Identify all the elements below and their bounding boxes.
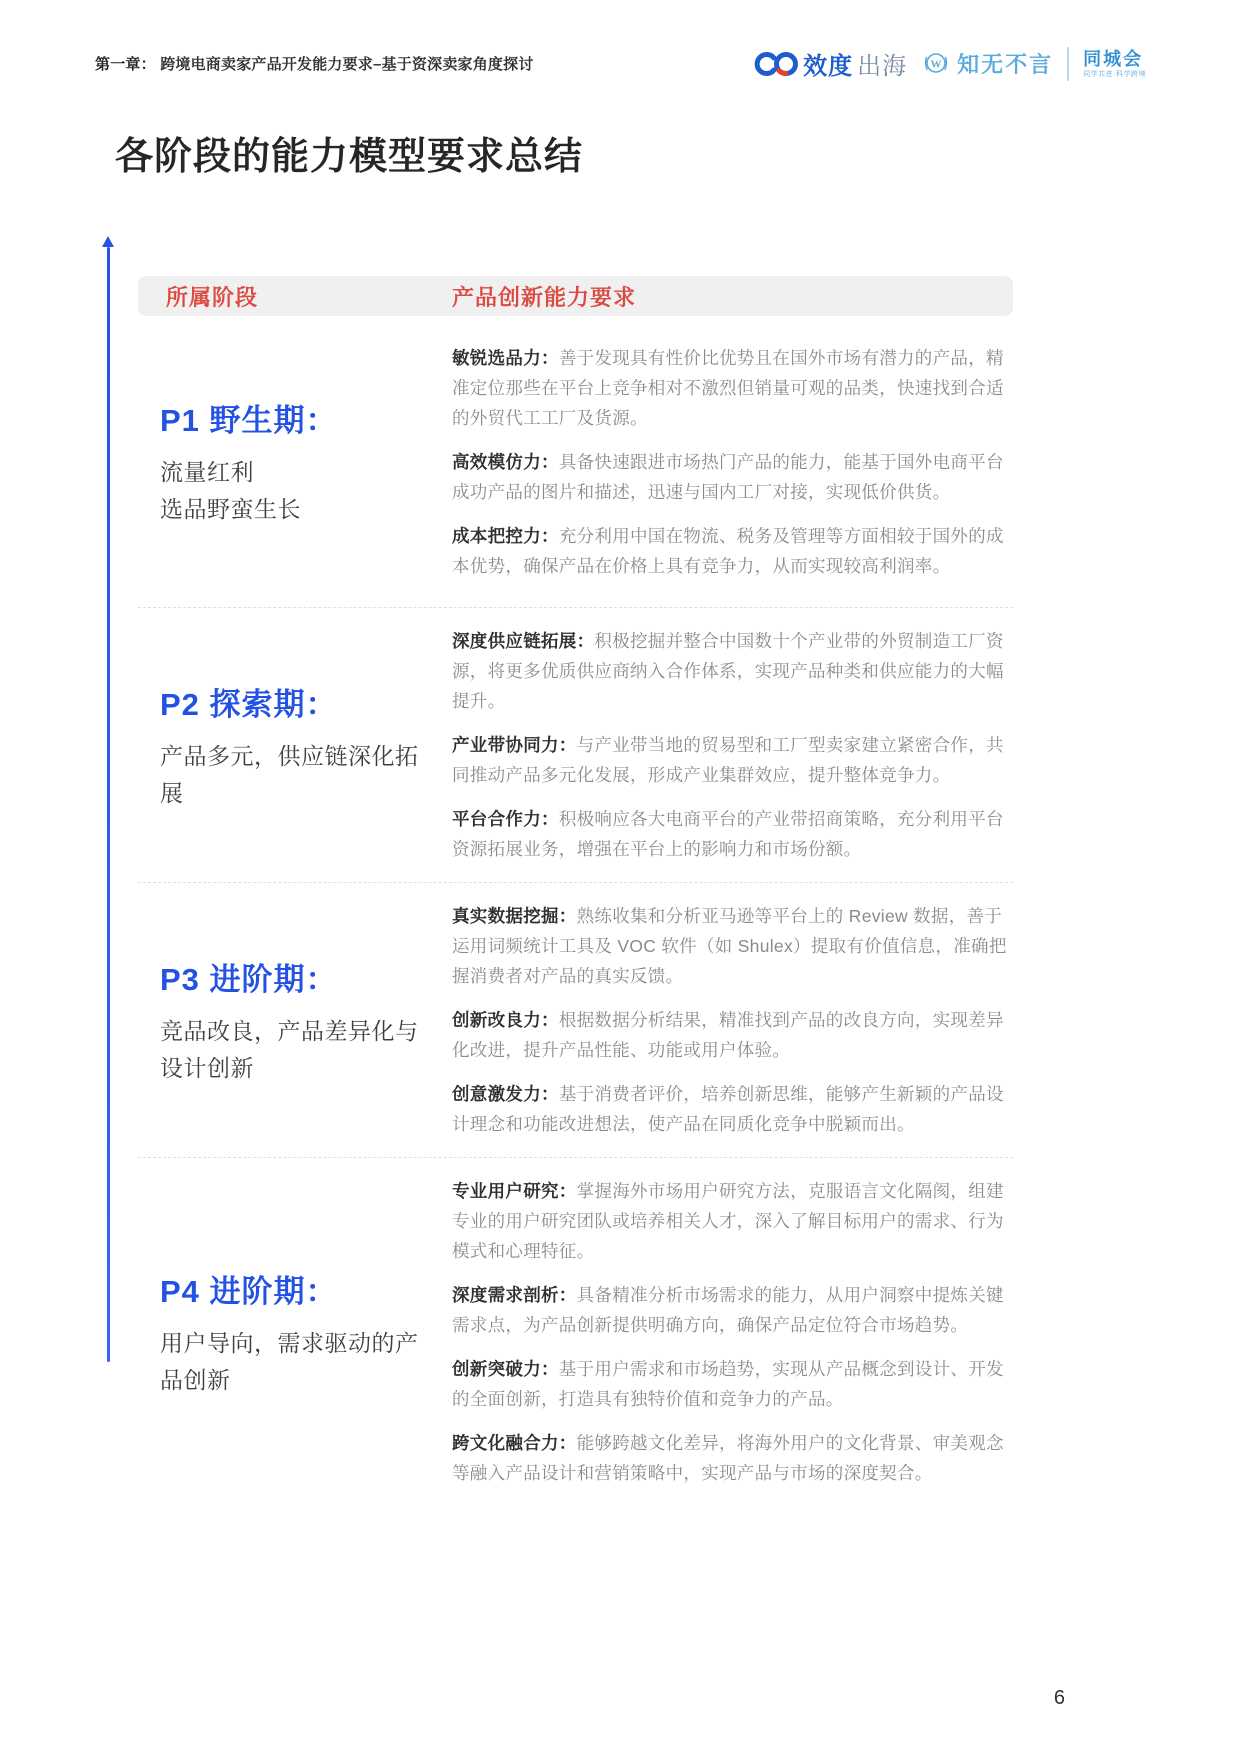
requirement-label: 深度供应链拓展： — [452, 631, 594, 651]
table-header-row: 所属阶段 产品创新能力要求 — [138, 276, 1013, 316]
requirement-item: 真实数据挖掘：熟练收集和分析亚马逊等平台上的 Review 数据，善于运用词频统… — [452, 901, 1007, 991]
tongchenghui-logo: 同城会 同学共进·科学跨境 — [1083, 50, 1146, 78]
logo-text: 同城会 — [1083, 50, 1146, 68]
brand-logos: 效度 出海 W 知无不言 同城会 同学共进·科学跨境 — [753, 46, 1146, 81]
requirement-item: 深度供应链拓展：积极挖掘并整合中国数十个产业带的外贸制造工厂资源，将更多优质供应… — [452, 626, 1007, 716]
requirement-label: 成本把控力： — [452, 526, 559, 546]
chapter-number: 第一章： — [95, 56, 156, 73]
logo-text: 知无不言 — [957, 48, 1053, 79]
stage-cell: P4 进阶期： 用户导向，需求驱动的产品创新 — [138, 1158, 452, 1506]
table-row-p1: P1 野生期： 流量红利 选品野蛮生长 敏锐选品力：善于发现具有性价比优势且在国… — [138, 316, 1013, 608]
svg-text:W: W — [931, 58, 942, 70]
requirements-cell: 深度供应链拓展：积极挖掘并整合中国数十个产业带的外贸制造工厂资源，将更多优质供应… — [452, 608, 1013, 882]
stage-cell: P3 进阶期： 竞品改良，产品差异化与设计创新 — [138, 883, 452, 1157]
chapter-title: 跨境电商卖家产品开发能力要求–基于资深卖家角度探讨 — [160, 56, 533, 73]
page-title: 各阶段的能力模型要求总结 — [115, 125, 1241, 180]
requirement-item: 敏锐选品力：善于发现具有性价比优势且在国外市场有潜力的产品，精准定位那些在平台上… — [452, 343, 1007, 433]
requirement-item: 跨文化融合力：能够跨越文化差异，将海外用户的文化背景、审美观念等融入产品设计和营… — [452, 1428, 1007, 1488]
table-row-p4: P4 进阶期： 用户导向，需求驱动的产品创新 专业用户研究：掌握海外市场用户研究… — [138, 1158, 1013, 1506]
requirement-label: 平台合作力： — [452, 809, 559, 829]
stage-subtitle: 产品多元，供应链深化拓展 — [160, 738, 422, 812]
requirement-label: 创新改良力： — [452, 1010, 559, 1030]
logo-divider — [1067, 47, 1069, 81]
laurel-w-icon: W — [921, 49, 951, 79]
logo-text-light: 出海 — [857, 46, 907, 81]
requirement-label: 创新突破力： — [452, 1359, 559, 1379]
column-header-requirements: 产品创新能力要求 — [452, 281, 1013, 312]
requirement-item: 产业带协同力：与产业带当地的贸易型和工厂型卖家建立紧密合作，共同推动产品多元化发… — [452, 730, 1007, 790]
stage-subtitle: 竞品改良，产品差异化与设计创新 — [160, 1013, 422, 1087]
logo-subtitle: 同学共进·科学跨境 — [1083, 71, 1146, 78]
requirements-cell: 专业用户研究：掌握海外市场用户研究方法，克服语言文化隔阂，组建专业的用户研究团队… — [452, 1158, 1013, 1506]
requirement-label: 专业用户研究： — [452, 1181, 577, 1201]
stage-cell: P1 野生期： 流量红利 选品野蛮生长 — [138, 316, 452, 607]
arrow-shaft — [107, 247, 110, 1362]
requirement-label: 高效模仿力： — [452, 452, 559, 472]
requirement-label: 敏锐选品力： — [452, 348, 559, 368]
requirement-item: 深度需求剖析：具备精准分析市场需求的能力，从用户洞察中提炼关键需求点，为产品创新… — [452, 1280, 1007, 1340]
requirement-label: 深度需求剖析： — [452, 1285, 577, 1305]
stage-axis-arrow-icon — [101, 236, 115, 1362]
requirement-item: 平台合作力：积极响应各大电商平台的产业带招商策略，充分利用平台资源拓展业务，增强… — [452, 804, 1007, 864]
requirement-item: 专业用户研究：掌握海外市场用户研究方法，克服语言文化隔阂，组建专业的用户研究团队… — [452, 1176, 1007, 1266]
requirement-item: 成本把控力：充分利用中国在物流、税务及管理等方面相较于国外的成本优势，确保产品在… — [452, 521, 1007, 581]
requirement-item: 创新改良力：根据数据分析结果，精准找到产品的改良方向，实现差异化改进，提升产品性… — [452, 1005, 1007, 1065]
requirement-label: 真实数据挖掘： — [452, 906, 577, 926]
chapter-heading: 第一章： 跨境电商卖家产品开发能力要求–基于资深卖家角度探讨 — [95, 53, 534, 74]
stage-name: P2 探索期： — [160, 679, 452, 724]
requirement-label: 跨文化融合力： — [452, 1433, 577, 1453]
logo-text-bold: 效度 — [803, 46, 853, 81]
stage-subtitle: 流量红利 选品野蛮生长 — [160, 454, 422, 528]
capability-table: 所属阶段 产品创新能力要求 P1 野生期： 流量红利 选品野蛮生长 敏锐选品力：… — [138, 276, 1013, 1506]
requirement-label: 产业带协同力： — [452, 735, 577, 755]
column-header-stage: 所属阶段 — [138, 281, 452, 312]
requirement-label: 创意激发力： — [452, 1084, 559, 1104]
arrow-head — [102, 236, 114, 247]
stage-subtitle: 用户导向，需求驱动的产品创新 — [160, 1325, 422, 1399]
stage-name: P4 进阶期： — [160, 1266, 452, 1311]
stage-cell: P2 探索期： 产品多元，供应链深化拓展 — [138, 608, 452, 882]
xiaodu-chuhai-logo: 效度 出海 — [753, 46, 907, 81]
document-page: 第一章： 跨境电商卖家产品开发能力要求–基于资深卖家角度探讨 效度 出海 W — [0, 0, 1241, 1754]
table-row-p3: P3 进阶期： 竞品改良，产品差异化与设计创新 真实数据挖掘：熟练收集和分析亚马… — [138, 883, 1013, 1158]
requirements-cell: 真实数据挖掘：熟练收集和分析亚马逊等平台上的 Review 数据，善于运用词频统… — [452, 883, 1013, 1157]
zhiwubuyan-logo: W 知无不言 — [921, 48, 1053, 79]
requirement-item: 创意激发力：基于消费者评价，培养创新思维，能够产生新颖的产品设计理念和功能改进想… — [452, 1079, 1007, 1139]
requirement-item: 高效模仿力：具备快速跟进市场热门产品的能力，能基于国外电商平台成功产品的图片和描… — [452, 447, 1007, 507]
stage-name: P1 野生期： — [160, 395, 452, 440]
requirements-cell: 敏锐选品力：善于发现具有性价比优势且在国外市场有潜力的产品，精准定位那些在平台上… — [452, 316, 1013, 607]
table-row-p2: P2 探索期： 产品多元，供应链深化拓展 深度供应链拓展：积极挖掘并整合中国数十… — [138, 608, 1013, 883]
page-number: 6 — [1054, 1687, 1065, 1710]
requirement-item: 创新突破力：基于用户需求和市场趋势，实现从产品概念到设计、开发的全面创新，打造具… — [452, 1354, 1007, 1414]
co-rings-icon — [753, 50, 799, 78]
stage-name: P3 进阶期： — [160, 954, 452, 999]
page-header: 第一章： 跨境电商卖家产品开发能力要求–基于资深卖家角度探讨 效度 出海 W — [0, 0, 1241, 81]
